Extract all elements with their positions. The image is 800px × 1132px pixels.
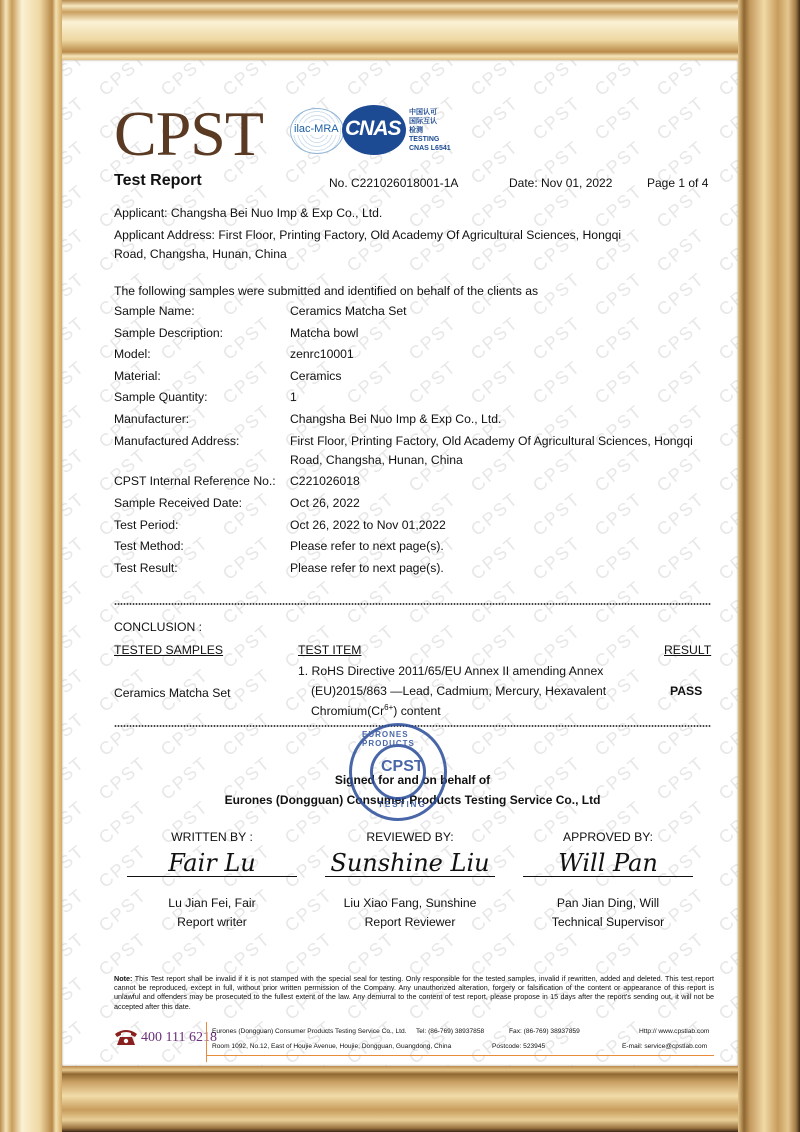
field-value: Oct 26, 2022 to Nov 01,2022 — [290, 518, 446, 532]
watermark-text: CPST — [653, 312, 709, 364]
field-label: Sample Quantity: — [114, 390, 207, 404]
test-item-line1: 1. RoHS Directive 2011/65/EU Annex II am… — [298, 664, 603, 678]
watermark-text: CPST — [62, 928, 89, 980]
legal-note: Note: This Test report shall be invalid … — [114, 974, 714, 1011]
cnas-side-line: CNAS L6541 — [409, 144, 451, 153]
watermark-text: CPST — [95, 708, 151, 760]
field-value: Please refer to next page(s). — [290, 539, 444, 553]
watermark-text: CPST — [529, 356, 585, 408]
watermark-text: CPST — [62, 356, 89, 408]
watermark-text: CPST — [715, 884, 738, 936]
signature-role: WRITTEN BY : — [122, 830, 302, 844]
watermark-text: CPST — [62, 400, 89, 452]
page-indicator: Page 1 of 4 — [647, 176, 708, 190]
field-value: Matcha bowl — [290, 326, 358, 340]
watermark-text: CPST — [467, 708, 523, 760]
field-value: C221026018 — [290, 474, 360, 488]
field-label: Model: — [114, 347, 151, 361]
watermark-text: CPST — [653, 708, 709, 760]
stamp-inner-ring: CPST — [370, 744, 426, 800]
watermark-text: CPST — [591, 532, 647, 584]
watermark-text: CPST — [62, 488, 89, 540]
watermark-text: CPST — [62, 92, 89, 144]
watermark-text: CPST — [715, 1060, 738, 1066]
watermark-text: CPST — [62, 268, 89, 320]
cnas-side-line: 中国认可 — [409, 108, 451, 117]
field-value: Ceramics Matcha Set — [290, 304, 407, 318]
note-label: Note: — [114, 974, 132, 983]
watermark-text: CPST — [95, 60, 151, 101]
signer-title: Technical Supervisor — [518, 915, 698, 929]
signer-name: Lu Jian Fei, Fair — [122, 896, 302, 910]
signature-block: APPROVED BY:Will PanPan Jian Ding, WillT… — [518, 830, 698, 940]
field-label: Sample Received Date: — [114, 496, 242, 510]
watermark-text: CPST — [62, 752, 89, 804]
applicant-address-line1: Applicant Address: First Floor, Printing… — [114, 228, 621, 242]
content-text: ) content — [393, 704, 440, 718]
watermark-text: CPST — [62, 180, 89, 232]
gold-frame: CPSTCPSTCPSTCPSTCPSTCPSTCPSTCPSTCPSTCPST… — [0, 0, 800, 1132]
watermark-text: CPST — [95, 444, 151, 496]
watermark-text: CPST — [653, 92, 709, 144]
field-label: Manufactured Address: — [114, 434, 239, 448]
frame-top — [0, 0, 800, 62]
signer-name: Pan Jian Ding, Will — [518, 896, 698, 910]
watermark-text: CPST — [715, 356, 738, 408]
watermark-text: CPST — [157, 444, 213, 496]
watermark-text: CPST — [62, 1060, 89, 1066]
watermark-text: CPST — [467, 532, 523, 584]
report-date: Date: Nov 01, 2022 — [509, 176, 612, 190]
watermark-text: CPST — [715, 752, 738, 804]
watermark-text: CPST — [529, 488, 585, 540]
cnas-logo-icon: CNAS — [342, 105, 406, 155]
footer: 400 111 6218 Eurones (Dongguan) Consumer… — [114, 1022, 714, 1062]
cr-superscript: 6+ — [384, 703, 393, 712]
watermark-text: CPST — [591, 708, 647, 760]
frame-bottom — [0, 1066, 800, 1132]
signature-block: REVIEWED BY:Sunshine LiuLiu Xiao Fang, S… — [320, 830, 500, 940]
watermark-text: CPST — [715, 796, 738, 848]
watermark-text: CPST — [405, 60, 461, 101]
field-value: Oct 26, 2022 — [290, 496, 360, 510]
watermark-text: CPST — [591, 444, 647, 496]
watermark-text: CPST — [715, 972, 738, 1024]
watermark-text: CPST — [219, 356, 275, 408]
watermark-text: CPST — [715, 532, 738, 584]
watermark-text: CPST — [62, 224, 89, 276]
tested-sample: Ceramics Matcha Set — [114, 686, 231, 700]
watermark-text: CPST — [62, 312, 89, 364]
watermark-text: CPST — [219, 620, 275, 672]
watermark-text: CPST — [529, 60, 585, 101]
field-value-continued: Road, Changsha, Hunan, China — [290, 453, 463, 467]
watermark-text: CPST — [715, 400, 738, 452]
footer-tel: Tel: (86-769) 38937858 — [416, 1028, 484, 1035]
watermark-text: CPST — [62, 796, 89, 848]
field-value: Ceramics — [290, 369, 341, 383]
field-value: 1 — [290, 390, 297, 404]
field-label: Test Period: — [114, 518, 178, 532]
footer-fax: Fax: (86-769) 38937859 — [509, 1028, 580, 1035]
test-item-line3: Chromium(Cr6+) content — [311, 703, 441, 718]
watermark-text: CPST — [715, 840, 738, 892]
field-value: First Floor, Printing Factory, Old Acade… — [290, 434, 693, 448]
cnas-side-line: TESTING — [409, 135, 451, 144]
stamp-center-text: CPST — [381, 758, 424, 776]
watermark-text: CPST — [715, 664, 738, 716]
applicant: Applicant: Changsha Bei Nuo Imp & Exp Co… — [114, 206, 382, 220]
watermark-text: CPST — [219, 708, 275, 760]
field-label: Manufacturer: — [114, 412, 189, 426]
frame-right — [738, 0, 800, 1132]
chromium-text: Chromium(Cr — [311, 704, 384, 718]
watermark-text: CPST — [529, 444, 585, 496]
conclusion-title: CONCLUSION : — [114, 620, 202, 634]
field-label: Test Method: — [114, 539, 184, 553]
signature-role: REVIEWED BY: — [320, 830, 500, 844]
result-pass: PASS — [670, 684, 702, 698]
watermark-text: CPST — [715, 92, 738, 144]
watermark-text: CPST — [715, 180, 738, 232]
watermark-text: CPST — [591, 92, 647, 144]
watermark-text: CPST — [62, 444, 89, 496]
watermark-text: CPST — [62, 664, 89, 716]
handwritten-signature: Will Pan — [523, 846, 693, 877]
signature-block: WRITTEN BY :Fair LuLu Jian Fei, FairRepo… — [122, 830, 302, 940]
watermark-text: CPST — [715, 444, 738, 496]
watermark-text: CPST — [157, 708, 213, 760]
header-test-item: TEST ITEM — [298, 643, 361, 657]
watermark-text: CPST — [715, 1016, 738, 1066]
signer-name: Liu Xiao Fang, Sunshine — [320, 896, 500, 910]
test-item-line2: (EU)2015/863 —Lead, Cadmium, Mercury, He… — [311, 684, 606, 698]
company-seal-stamp: EURONES PRODUCTS CPST TESTING — [349, 723, 447, 821]
watermark-text: CPST — [405, 356, 461, 408]
watermark-text: CPST — [219, 444, 275, 496]
watermark-text: CPST — [343, 60, 399, 101]
footer-website[interactable]: Http:// www.cpstlab.com — [639, 1028, 709, 1035]
signer-title: Report Reviewer — [320, 915, 500, 929]
report-title: Test Report — [114, 172, 202, 190]
header-result: RESULT — [664, 643, 711, 657]
watermark-text: CPST — [62, 884, 89, 936]
note-text: This Test report shall be invalid if it … — [114, 974, 714, 1011]
watermark-text: CPST — [715, 136, 738, 188]
watermark-text: CPST — [62, 1016, 89, 1066]
signer-title: Report writer — [122, 915, 302, 929]
watermark-text: CPST — [591, 356, 647, 408]
frame-left — [0, 0, 62, 1132]
watermark-text: CPST — [62, 708, 89, 760]
watermark-text: CPST — [467, 356, 523, 408]
watermark-text: CPST — [653, 268, 709, 320]
watermark-text: CPST — [591, 312, 647, 364]
watermark-text: CPST — [529, 92, 585, 144]
watermark-text: CPST — [467, 444, 523, 496]
ilac-mra-logo-icon: ilac-MRA — [290, 108, 344, 154]
watermark-text: CPST — [467, 312, 523, 364]
watermark-text: CPST — [219, 312, 275, 364]
field-label: Sample Name: — [114, 304, 195, 318]
field-label: Sample Description: — [114, 326, 223, 340]
telephone-icon — [114, 1028, 138, 1046]
handwritten-signature: Sunshine Liu — [325, 846, 495, 877]
cnas-side-text: 中国认可国际互认检测TESTINGCNAS L6541 — [409, 108, 451, 153]
watermark-text: CPST — [467, 60, 523, 101]
watermark-text: CPST — [405, 488, 461, 540]
watermark-text: CPST — [715, 928, 738, 980]
watermark-text: CPST — [715, 576, 738, 628]
watermark-text: CPST — [157, 60, 213, 101]
signature-role: APPROVED BY: — [518, 830, 698, 844]
watermark-text: CPST — [715, 620, 738, 672]
watermark-text: CPST — [653, 488, 709, 540]
field-label: Material: — [114, 369, 161, 383]
watermark-text: CPST — [715, 268, 738, 320]
footer-email[interactable]: E-mail: service@cpstlab.com — [622, 1043, 707, 1050]
intro-text: The following samples were submitted and… — [114, 284, 538, 298]
watermark-text: CPST — [62, 532, 89, 584]
report-page: CPSTCPSTCPSTCPSTCPSTCPSTCPSTCPSTCPSTCPST… — [62, 60, 738, 1066]
field-value: Changsha Bei Nuo Imp & Exp Co., Ltd. — [290, 412, 501, 426]
divider-stars-top — [114, 602, 711, 606]
cnas-side-line: 检测 — [409, 126, 451, 135]
watermark-text: CPST — [591, 268, 647, 320]
watermark-text: CPST — [591, 60, 647, 101]
watermark-text: CPST — [219, 532, 275, 584]
watermark-text: CPST — [62, 840, 89, 892]
watermark-text: CPST — [467, 488, 523, 540]
field-value: Please refer to next page(s). — [290, 561, 444, 575]
cnas-label: CNAS — [345, 117, 401, 141]
footer-address: Room 1092, No.12, East of Houjie Avenue,… — [212, 1043, 451, 1050]
header-tested-samples: TESTED SAMPLES — [114, 643, 223, 657]
watermark-text: CPST — [529, 532, 585, 584]
report-number: No. C221026018001-1A — [329, 176, 458, 190]
watermark-text: CPST — [219, 60, 275, 101]
watermark-text: CPST — [715, 488, 738, 540]
applicant-address-line2: Road, Changsha, Hunan, China — [114, 247, 287, 261]
watermark-text: CPST — [653, 60, 709, 101]
field-label: CPST Internal Reference No.: — [114, 474, 276, 488]
watermark-text: CPST — [281, 60, 337, 101]
footer-postcode: Postcode: 523945 — [492, 1043, 545, 1050]
watermark-text: CPST — [467, 92, 523, 144]
handwritten-signature: Fair Lu — [127, 846, 297, 877]
footer-horizontal-rule — [206, 1055, 714, 1056]
watermark-text: CPST — [62, 972, 89, 1024]
footer-company: Eurones (Dongguan) Consumer Products Tes… — [212, 1028, 407, 1035]
footer-vertical-rule — [206, 1022, 207, 1062]
stamp-bottom-text: TESTING — [378, 800, 427, 809]
watermark-text: CPST — [653, 356, 709, 408]
watermark-text: CPST — [715, 60, 738, 101]
watermark-text: CPST — [653, 532, 709, 584]
cpst-logo: CPST — [114, 102, 263, 166]
watermark-text: CPST — [343, 356, 399, 408]
watermark-text: CPST — [715, 224, 738, 276]
watermark-text: CPST — [653, 224, 709, 276]
watermark-text: CPST — [591, 488, 647, 540]
watermark-text: CPST — [62, 60, 89, 101]
field-label: Test Result: — [114, 561, 178, 575]
watermark-text: CPST — [62, 620, 89, 672]
watermark-text: CPST — [529, 312, 585, 364]
watermark-text: CPST — [529, 708, 585, 760]
watermark-text: CPST — [715, 708, 738, 760]
watermark-text: CPST — [405, 312, 461, 364]
watermark-text: CPST — [62, 136, 89, 188]
watermark-text: CPST — [62, 576, 89, 628]
field-value: zenrc10001 — [290, 347, 354, 361]
cnas-side-line: 国际互认 — [409, 117, 451, 126]
watermark-text: CPST — [715, 312, 738, 364]
ilac-label: ilac-MRA — [293, 123, 340, 135]
watermark-text: CPST — [653, 444, 709, 496]
report-header: Test Report No. C221026018001-1A Date: N… — [114, 172, 714, 192]
